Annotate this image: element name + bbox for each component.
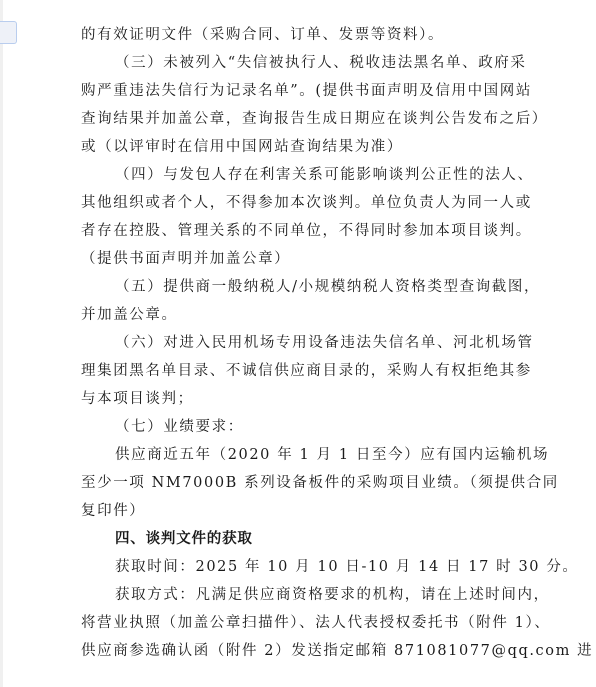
text-line: 查询结果并加盖公章，查询报告生成日期应在谈判公告发布之后） bbox=[81, 105, 526, 133]
sidebar-toggle-tab[interactable] bbox=[0, 21, 17, 44]
text-line: 理集团黑名单目录、不诚信供应商目录的，采购人有权拒绝其参 bbox=[81, 357, 526, 385]
text-line: 与本项目谈判； bbox=[81, 385, 526, 413]
text-line: 供应商近五年（2020 年 1 月 1 日至今）应有国内运输机场 bbox=[81, 441, 526, 469]
text-line: 或（以评审时在信用中国网站查询结果为准） bbox=[81, 133, 526, 161]
text-line: 复印件） bbox=[81, 497, 526, 525]
text-line: 其他组织或者个人，不得参加本次谈判。单位负责人为同一人或 bbox=[81, 189, 526, 217]
document-page: 的有效证明文件（采购合同、订单、发票等资料）。 （三）未被列入“失信被执行人、税… bbox=[81, 21, 526, 665]
clause-3-line: （三）未被列入“失信被执行人、税收违法黑名单、政府采 bbox=[81, 49, 526, 77]
text-line: （提供书面声明并加盖公章） bbox=[81, 245, 526, 273]
text-line: 的有效证明文件（采购合同、订单、发票等资料）。 bbox=[81, 21, 526, 49]
text-line: 并加盖公章。 bbox=[81, 301, 526, 329]
text-line: 者存在控股、管理关系的不同单位，不得同时参加本项目谈判。 bbox=[81, 217, 526, 245]
text-line: 至少一项 NM7000B 系列设备板件的采购项目业绩。（须提供合同 bbox=[81, 469, 526, 497]
clause-7-line: （七）业绩要求： bbox=[81, 413, 526, 441]
acquisition-method-line: 获取方式：凡满足供应商资格要求的机构，请在上述时间内， bbox=[81, 581, 526, 609]
clause-5-line: （五）提供商一般纳税人/小规模纳税人资格类型查询截图， bbox=[81, 273, 526, 301]
text-line: 购严重违法失信行为记录名单”。(提供书面声明及信用中国网站 bbox=[81, 77, 526, 105]
clause-4-line: （四）与发包人存在利害关系可能影响谈判公正性的法人、 bbox=[81, 161, 526, 189]
section-heading: 四、谈判文件的获取 bbox=[81, 525, 526, 553]
email-line: 供应商参选确认函（附件 2）发送指定邮箱 871081077@qq.com 进 bbox=[81, 637, 526, 665]
left-margin-rule bbox=[0, 0, 3, 687]
acquisition-time-line: 获取时间：2025 年 10 月 10 日-10 月 14 日 17 时 30 … bbox=[81, 553, 526, 581]
clause-6-line: （六）对进入民用机场专用设备违法失信名单、河北机场管 bbox=[81, 329, 526, 357]
text-line: 将营业执照（加盖公章扫描件）、法人代表授权委托书（附件 1）、 bbox=[81, 609, 526, 637]
